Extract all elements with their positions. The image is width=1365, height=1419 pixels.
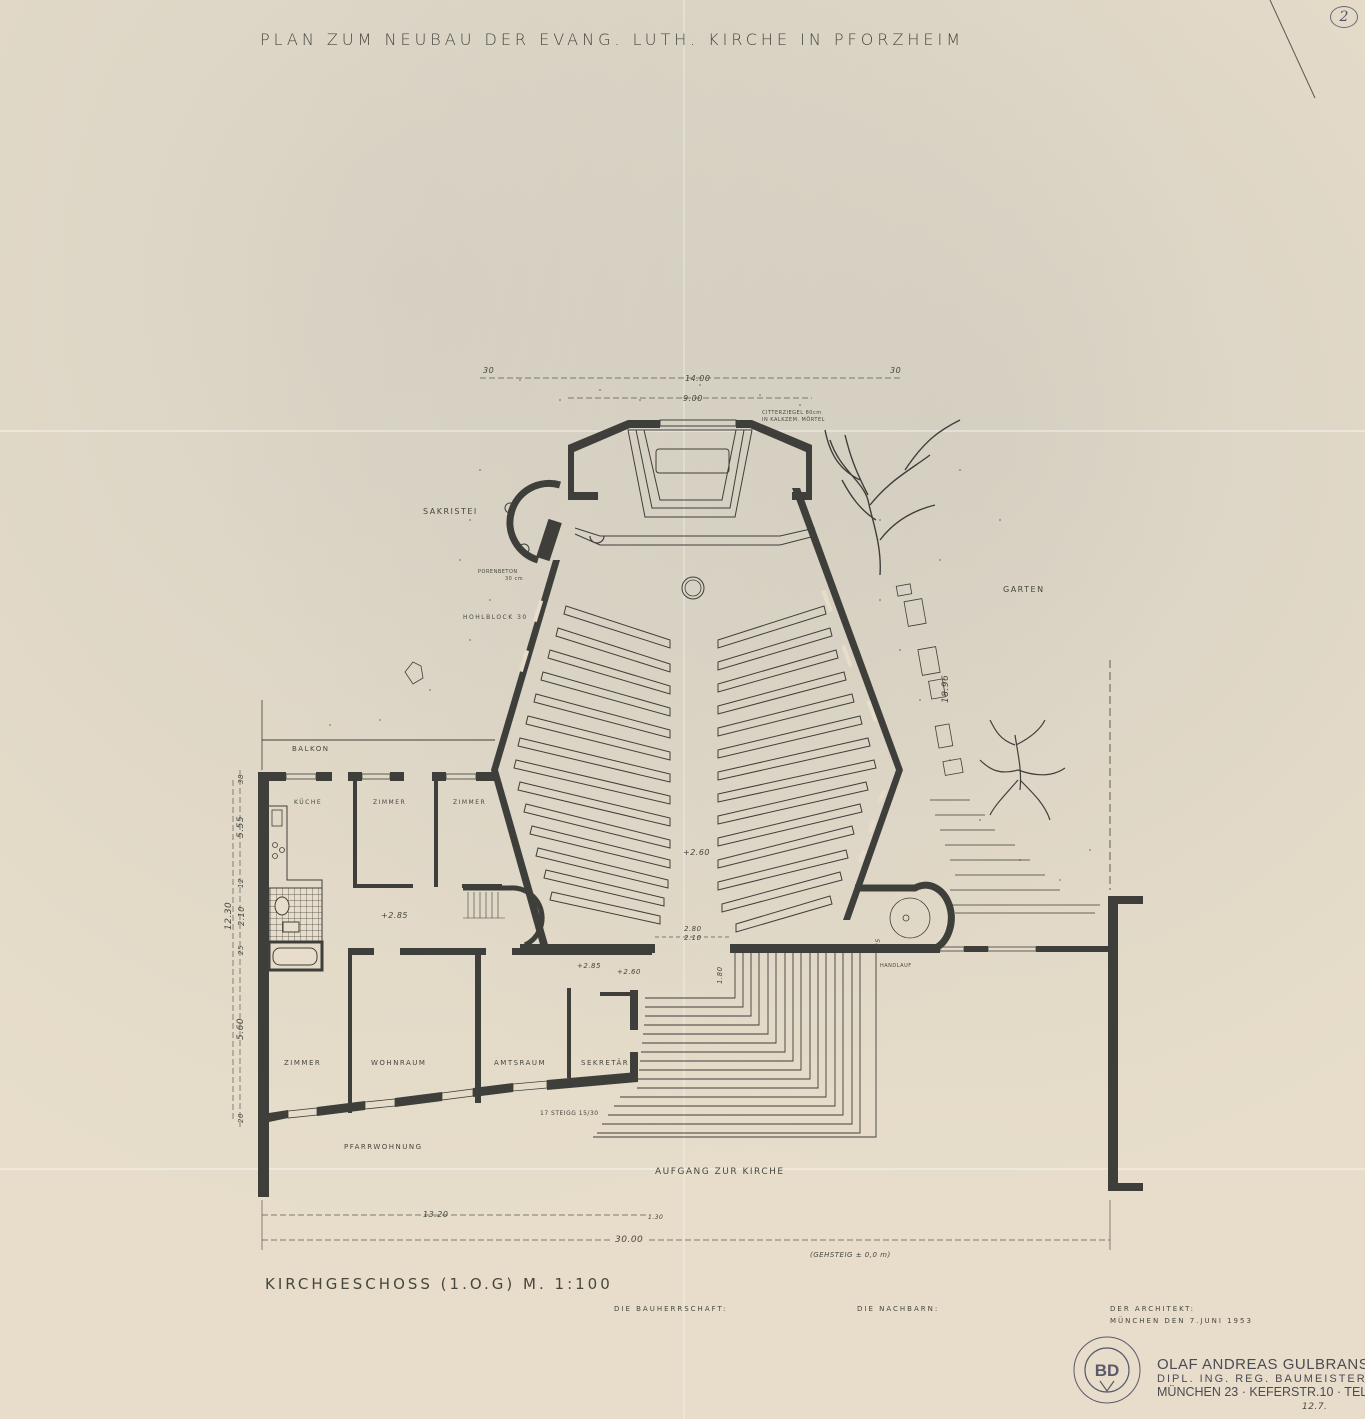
signature-nachbarn: DIE NACHBARN:	[857, 1305, 939, 1313]
ground-texture	[329, 379, 1091, 881]
material-note: IN KALKZEM. MÖRTEL	[762, 417, 825, 423]
room-label-zimmer: ZIMMER	[284, 1059, 321, 1067]
shrub-icon	[405, 662, 423, 684]
room-label-zimmer: ZIMMER	[373, 799, 406, 806]
bda-seal-icon: BD	[1070, 1333, 1150, 1413]
material-note: HOHLBLOCK 30	[463, 614, 528, 621]
drawing-sheet: PLAN ZUM NEUBAU DER EVANG. LUTH. KIRCHE …	[0, 0, 1365, 1419]
signature-bauherrschaft: DIE BAUHERRSCHAFT:	[614, 1305, 727, 1313]
dimension-label: 12	[237, 878, 245, 888]
dimension-label: 30	[483, 366, 494, 375]
room-label-sakristei: SAKRISTEI	[423, 507, 478, 516]
signature-date: MÜNCHEN DEN 7.JUNI 1953	[1110, 1317, 1253, 1325]
church-outline	[491, 420, 1108, 953]
parsonage	[258, 700, 652, 1197]
dimension-label: 20	[237, 1113, 245, 1123]
gehsteig-note: (GEHSTEIG ± 0,0 m)	[810, 1251, 891, 1259]
level-marker: +2.85	[381, 911, 408, 920]
dimension-label: 25	[237, 945, 245, 955]
svg-text:BD: BD	[1095, 1361, 1120, 1380]
dimension-label: 12.30	[224, 902, 234, 930]
dimension-label: 30.00	[611, 1235, 647, 1245]
garden-features	[896, 584, 1100, 913]
tree-icon	[980, 720, 1065, 820]
tree-icon	[825, 420, 960, 575]
architect-address: MÜNCHEN 23 · KEFERSTR.10 · TEL. 33208	[1157, 1385, 1365, 1399]
floor-plan	[0, 0, 1365, 1419]
room-label-amtsraum: AMTSRAUM	[494, 1059, 546, 1067]
material-note: PORENBETON	[478, 569, 518, 575]
room-label-aufgang: AUFGANG ZUR KIRCHE	[655, 1167, 785, 1177]
neighbor-wall	[1108, 660, 1143, 1191]
material-note: 30 cm	[505, 576, 523, 582]
dimension-label: 25	[875, 938, 882, 947]
room-label-kueche: KÜCHE	[294, 799, 322, 806]
room-label-zimmer: ZIMMER	[453, 799, 486, 806]
architect-name: OLAF ANDREAS GULBRANSSON	[1157, 1356, 1365, 1373]
sheet-number: 2	[1330, 6, 1358, 28]
floor-title: KIRCHGESCHOSS (1.O.G) M. 1:100	[265, 1275, 613, 1293]
dimension-label: 5.55	[236, 816, 246, 838]
dimension-label: 30	[890, 366, 901, 375]
dimension-label: 38	[237, 774, 245, 784]
pews	[514, 606, 876, 932]
room-label-balkon: BALKON	[292, 745, 329, 753]
level-marker: +2.60	[683, 848, 710, 857]
dimension-label: 5.60	[236, 1018, 246, 1040]
material-note: CITTERZIEGEL 80cm	[762, 410, 822, 416]
dimension-label: 2.80	[684, 925, 702, 933]
dimension-label: 1.80	[716, 966, 724, 984]
dimension-label: 18.96	[941, 675, 951, 703]
level-marker: +2.60	[617, 968, 641, 976]
drawing-title: PLAN ZUM NEUBAU DER EVANG. LUTH. KIRCHE …	[260, 30, 964, 49]
dimension-label: 1.30	[648, 1214, 663, 1221]
dimension-label: 2.10	[237, 906, 246, 926]
room-label-sekretaer: SEKRETÄR	[581, 1059, 629, 1067]
dimension-label: 13.20	[423, 1210, 448, 1219]
steps-note: 17 STEIGG 15/30	[540, 1110, 599, 1117]
dimension-label: 2.10	[684, 934, 702, 942]
room-label-pfarrwohnung: PFARRWOHNUNG	[344, 1143, 423, 1151]
dimension-label: 9.00	[683, 394, 703, 403]
room-label-garten: GARTEN	[1003, 585, 1045, 594]
dimension-lines	[233, 378, 1110, 1250]
entrance-stairs	[593, 953, 876, 1137]
architect-title: DIPL. ING. REG. BAUMEISTER	[1157, 1373, 1365, 1385]
handlauf-note: HANDLAUF	[880, 963, 912, 969]
level-marker: +2.85	[577, 962, 601, 970]
signature-architekt: DER ARCHITEKT:	[1110, 1305, 1195, 1313]
reference-number: 12.7.	[1302, 1402, 1327, 1412]
room-label-wohnraum: WOHNRAUM	[371, 1059, 426, 1067]
dimension-label: 14.00	[685, 374, 710, 383]
